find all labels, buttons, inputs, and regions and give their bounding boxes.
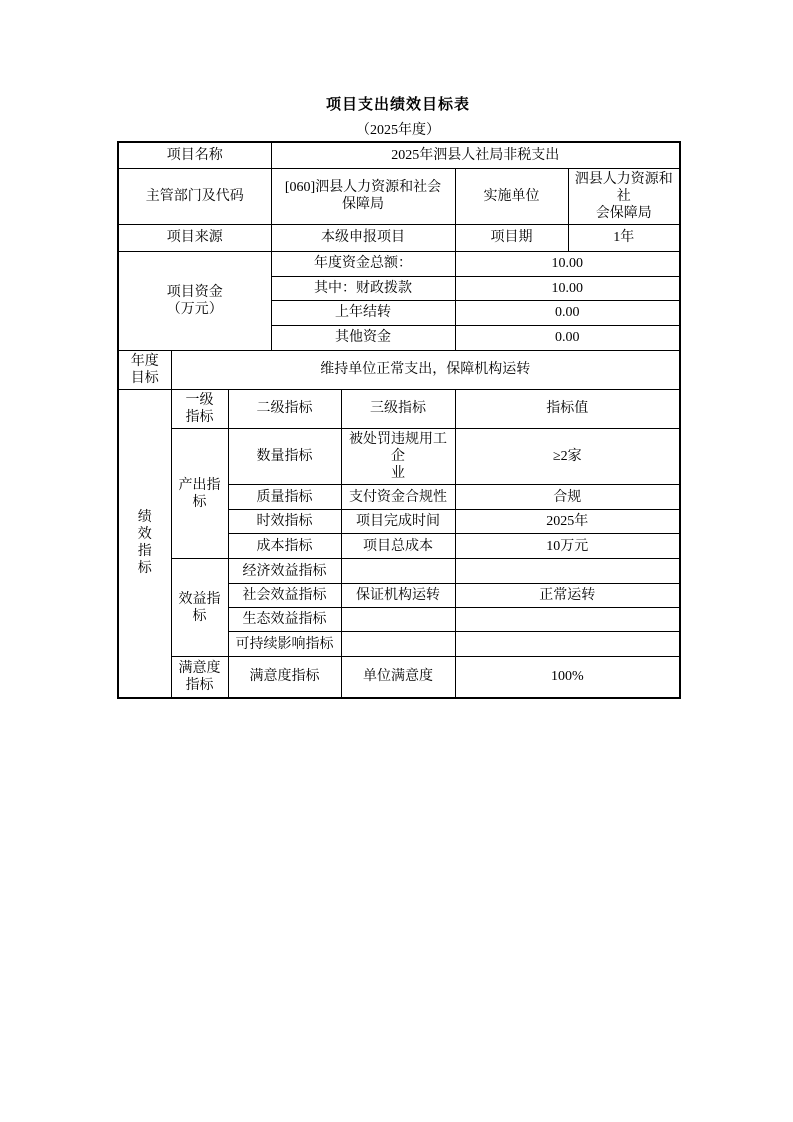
table-row: 满意度 指标 满意度指标 单位满意度 100%: [118, 657, 680, 698]
indicator-l3: [341, 608, 455, 632]
annual-goal-value: 维持单位正常支出，保障机构运转: [171, 350, 680, 389]
dept-label: 主管部门及代码: [118, 168, 271, 224]
indicator-value: 合规: [455, 485, 680, 510]
indicator-value: 2025年: [455, 510, 680, 534]
indicator-l2: 生态效益指标: [228, 608, 341, 632]
indicator-l2: 社会效益指标: [228, 584, 341, 608]
indicator-value: 100%: [455, 657, 680, 698]
source-label: 项目来源: [118, 224, 271, 251]
funding-row-name: 其他资金: [271, 325, 455, 350]
funding-row-value: 0.00: [455, 300, 680, 325]
funding-row-name: 上年结转: [271, 300, 455, 325]
satisfaction-group-label: 满意度 指标: [171, 657, 228, 698]
table-row: 项目资金 （万元） 年度资金总额： 10.00: [118, 251, 680, 276]
funding-row-value: 0.00: [455, 325, 680, 350]
output-group-label: 产出指 标: [171, 429, 228, 559]
annual-goal-label: 年度 目标: [118, 350, 171, 389]
indicator-l3: [341, 559, 455, 584]
indicator-l2: 时效指标: [228, 510, 341, 534]
table-row: 项目名称 2025年泗县人社局非税支出: [118, 142, 680, 168]
indicator-l2: 满意度指标: [228, 657, 341, 698]
table-row: 年度 目标 维持单位正常支出，保障机构运转: [118, 350, 680, 389]
header-level2: 二级指标: [228, 389, 341, 428]
indicator-l3: 保证机构运转: [341, 584, 455, 608]
performance-target-table: 项目名称 2025年泗县人社局非税支出 主管部门及代码 [060]泗县人力资源和…: [117, 141, 681, 699]
indicator-l2: 可持续影响指标: [228, 632, 341, 657]
table-row: 绩 效 指 标 一级 指标 二级指标 三级指标 指标值: [118, 389, 680, 428]
table-row: 主管部门及代码 [060]泗县人力资源和社会 保障局 实施单位 泗县人力资源和社…: [118, 168, 680, 224]
period-value: 1年: [568, 224, 680, 251]
source-value: 本级申报项目: [271, 224, 455, 251]
table-row: 项目来源 本级申报项目 项目期 1年: [118, 224, 680, 251]
indicator-l2: 成本指标: [228, 534, 341, 559]
indicator-l3: 单位满意度: [341, 657, 455, 698]
indicator-value: [455, 559, 680, 584]
benefit-group-label: 效益指 标: [171, 559, 228, 657]
funding-row-name: 其中：财政拨款: [271, 276, 455, 300]
page-title: 项目支出绩效目标表: [117, 93, 679, 114]
indicator-l3: 项目完成时间: [341, 510, 455, 534]
funding-row-name: 年度资金总额：: [271, 251, 455, 276]
period-label: 项目期: [455, 224, 568, 251]
table-row: 效益指 标 经济效益指标: [118, 559, 680, 584]
impl-unit-value: 泗县人力资源和社 会保障局: [568, 168, 680, 224]
indicator-l2: 经济效益指标: [228, 559, 341, 584]
indicator-value: ≥2家: [455, 429, 680, 485]
perf-section-label: 绩 效 指 标: [118, 389, 171, 697]
indicator-value: [455, 608, 680, 632]
indicator-l3: 被处罚违规用工企 业: [341, 429, 455, 485]
header-value: 指标值: [455, 389, 680, 428]
indicator-l3: [341, 632, 455, 657]
indicator-value: [455, 632, 680, 657]
project-name-value: 2025年泗县人社局非税支出: [271, 142, 680, 168]
document-page: 项目支出绩效目标表 （2025年度） 项目名称 2025年泗县人社局非税支出 主…: [0, 0, 793, 1122]
funding-row-value: 10.00: [455, 276, 680, 300]
dept-value: [060]泗县人力资源和社会 保障局: [271, 168, 455, 224]
funding-row-value: 10.00: [455, 251, 680, 276]
header-level3: 三级指标: [341, 389, 455, 428]
indicator-l2: 质量指标: [228, 485, 341, 510]
table-row: 产出指 标 数量指标 被处罚违规用工企 业 ≥2家: [118, 429, 680, 485]
funding-label: 项目资金 （万元）: [118, 251, 271, 350]
header-level1: 一级 指标: [171, 389, 228, 428]
indicator-value: 正常运转: [455, 584, 680, 608]
indicator-value: 10万元: [455, 534, 680, 559]
project-name-label: 项目名称: [118, 142, 271, 168]
indicator-l3: 项目总成本: [341, 534, 455, 559]
impl-unit-label: 实施单位: [455, 168, 568, 224]
indicator-l3: 支付资金合规性: [341, 485, 455, 510]
page-subtitle: （2025年度）: [117, 119, 679, 139]
indicator-l2: 数量指标: [228, 429, 341, 485]
